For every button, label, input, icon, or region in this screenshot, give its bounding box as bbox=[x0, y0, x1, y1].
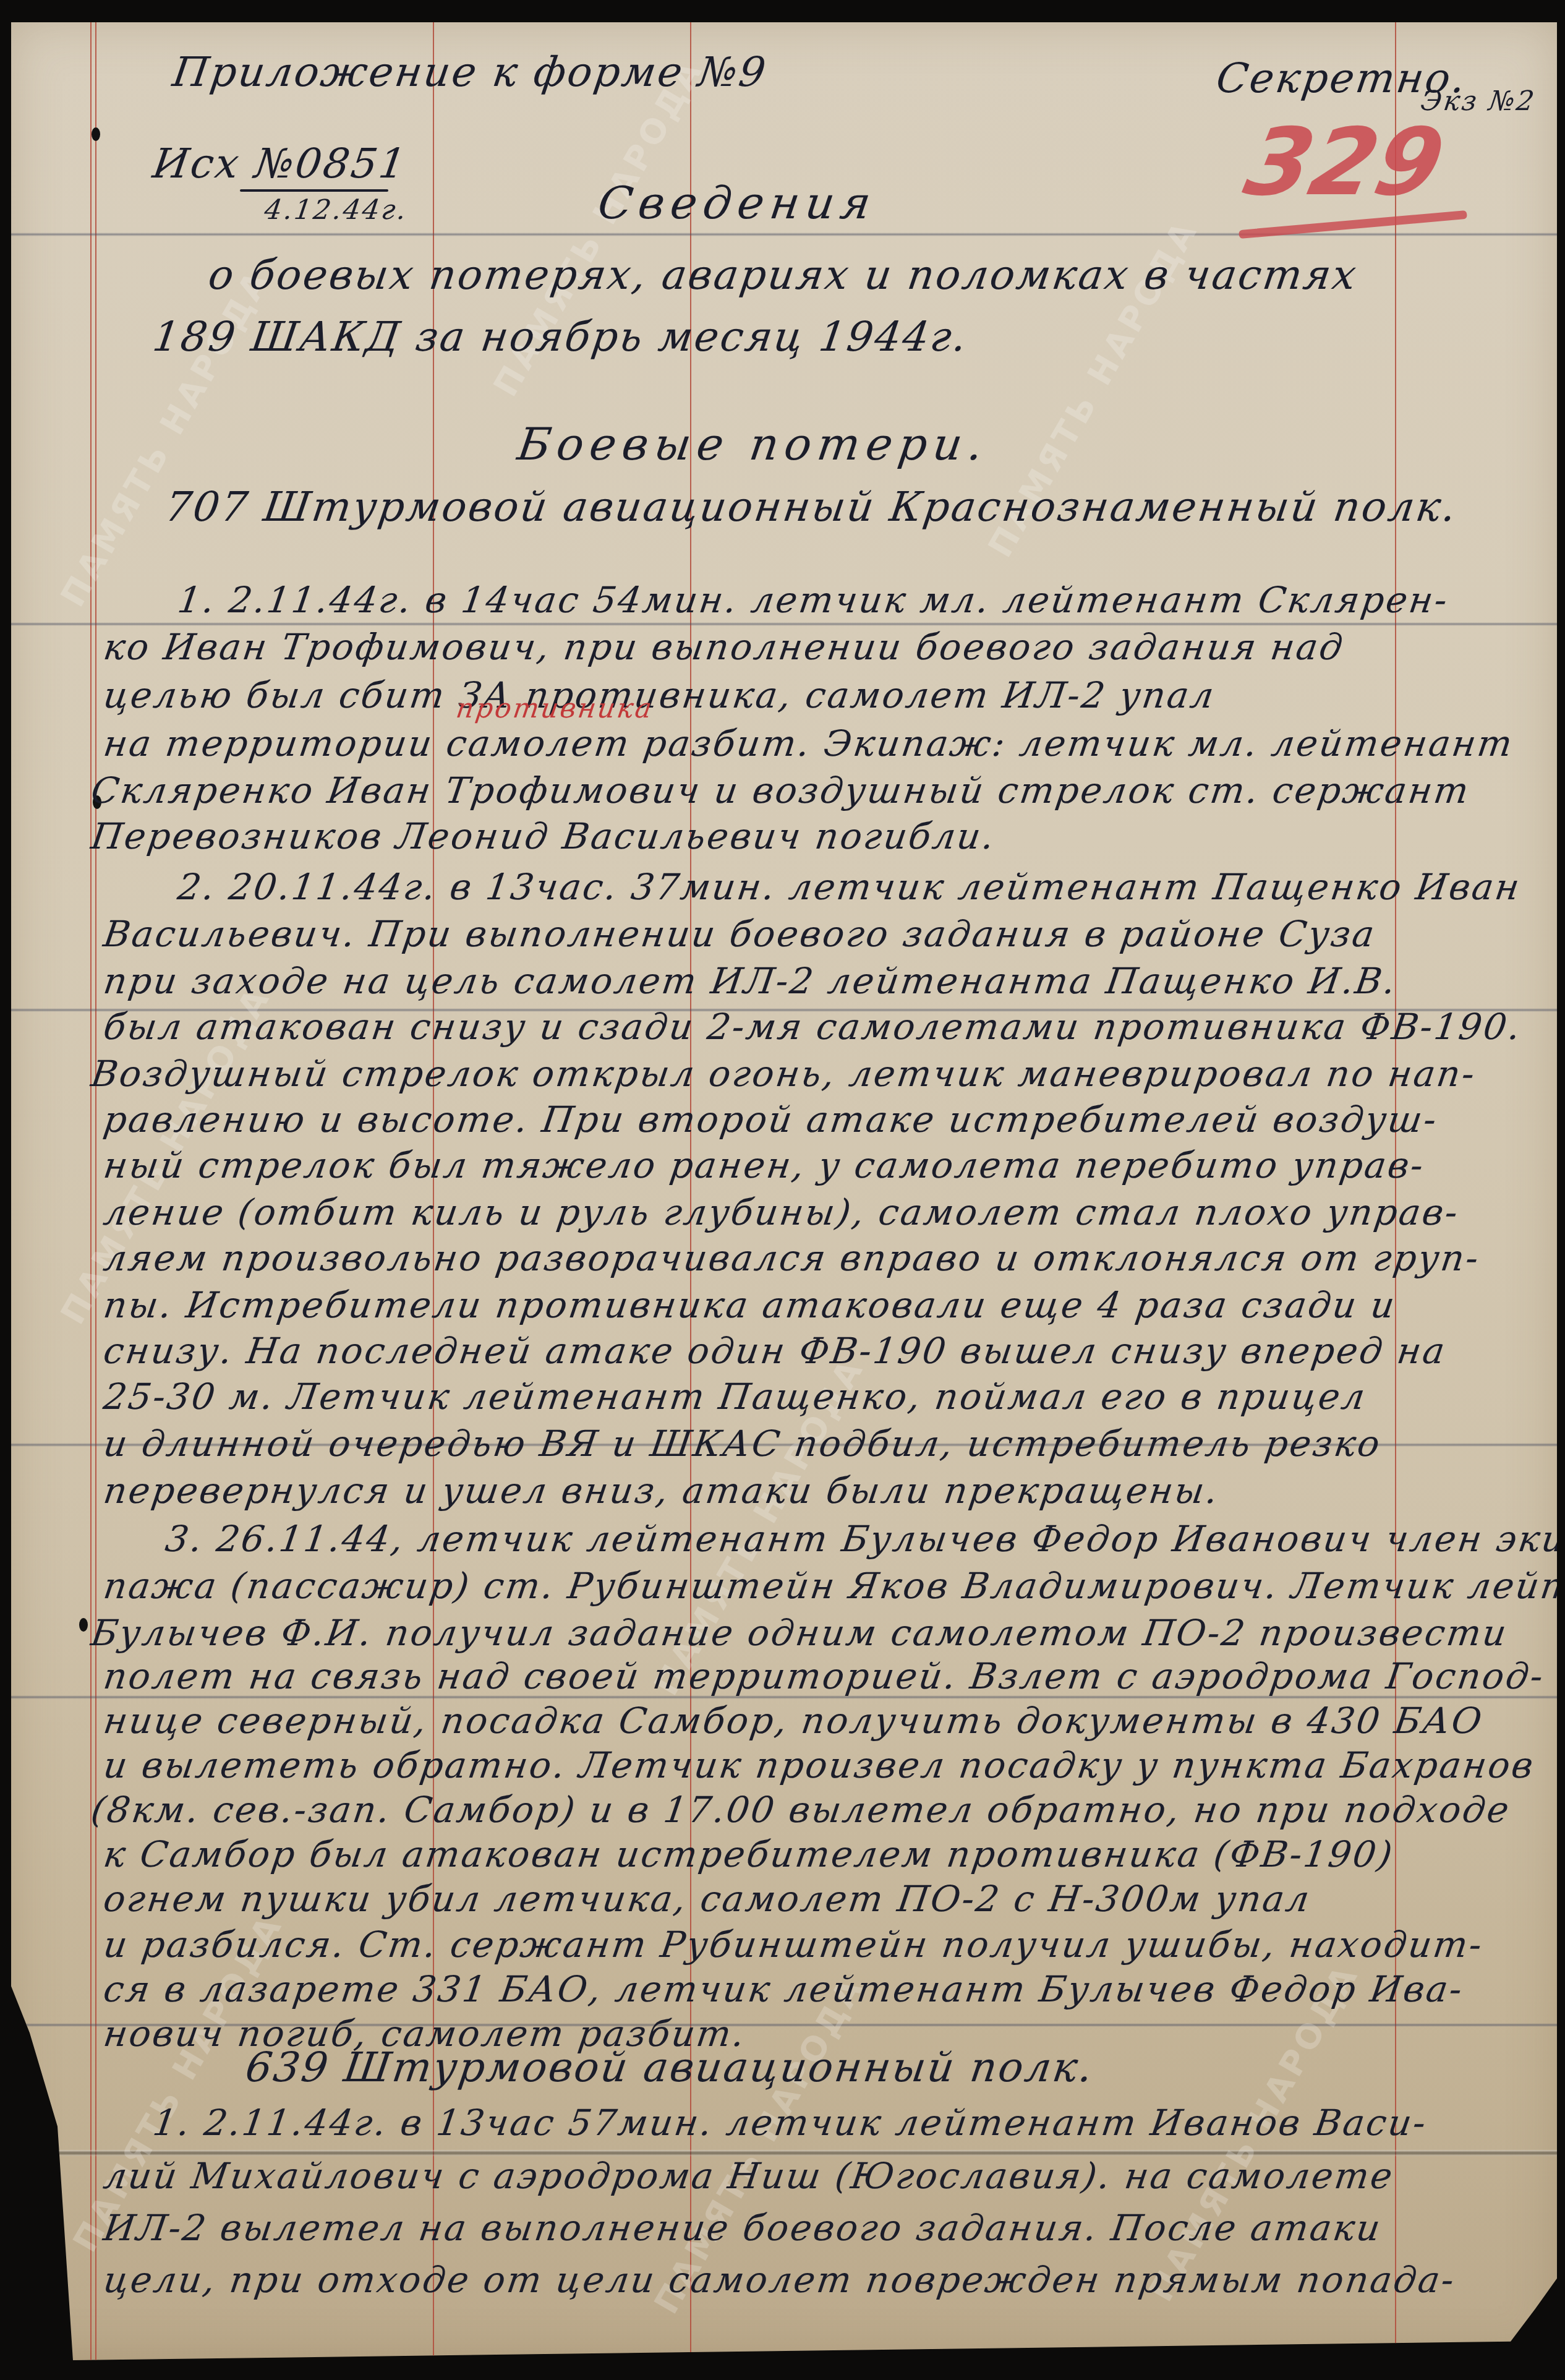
entry-line: Васильевич. При выполнении боевого задан… bbox=[101, 913, 1378, 955]
entry-line: равлению и высоте. При второй атаке истр… bbox=[101, 1098, 1441, 1141]
red-pencil-insertion: противника bbox=[454, 693, 655, 724]
entry-line: 25-30 м. Летчик лейтенант Пащенко, пойма… bbox=[101, 1376, 1369, 1418]
document-title: Сведения bbox=[595, 177, 880, 229]
entry-line: 2. 20.11.44г. в 13час. 37мин. летчик лей… bbox=[175, 866, 1524, 908]
entry-line: ный стрелок был тяжело ранен, у самолета… bbox=[101, 1144, 1428, 1186]
entry-line: Перевозников Леонид Васильевич погибли. bbox=[88, 815, 998, 857]
regiment-heading: 639 Штурмовой авиационный полк. bbox=[243, 2044, 1098, 2091]
regiment-heading: 707 Штурмовой авиационный Краснознаменны… bbox=[163, 483, 1461, 531]
entry-line: при заходе на цель самолет ИЛ-2 лейтенан… bbox=[101, 960, 1400, 1002]
entry-line: ко Иван Трофимович, при выполнении боево… bbox=[101, 626, 1347, 668]
entry-line: огнем пушки убил летчика, самолет ПО-2 с… bbox=[101, 1878, 1313, 1920]
entry-line: ся в лазарете 331 БАО, летчик лейтенант … bbox=[101, 1968, 1466, 2010]
punch-hole bbox=[92, 127, 100, 141]
entry-line: снизу. На последней атаке один ФВ-190 вы… bbox=[101, 1330, 1449, 1372]
entry-line: ляем произвольно разворачивался вправо и… bbox=[101, 1237, 1483, 1279]
entry-line: 1. 2.11.44г. в 13час 57мин. летчик лейте… bbox=[150, 2102, 1430, 2144]
entry-line: Скляренко Иван Трофимович и воздушный ст… bbox=[88, 769, 1473, 811]
entry-line: пажа (пассажир) ст. Рубинштейн Яков Влад… bbox=[101, 1565, 1565, 1607]
title-line-2: 189 ШАКД за ноябрь месяц 1944г. bbox=[150, 313, 971, 361]
entry-line: (8км. сев.-зап. Самбор) и в 17.00 вылете… bbox=[88, 1789, 1513, 1831]
entry-line: Булычев Ф.И. получил задание одним самол… bbox=[88, 1612, 1511, 1654]
title-line-1: о боевых потерях, авариях и поломках в ч… bbox=[206, 251, 1361, 299]
entry-line: пы. Истребители противника атаковали еще… bbox=[101, 1284, 1399, 1326]
entry-line: 3. 26.11.44, летчик лейтенант Булычев Фе… bbox=[163, 1518, 1565, 1560]
entry-line: ИЛ-2 вылетел на выполнение боевого задан… bbox=[101, 2207, 1384, 2249]
entry-line: Воздушный стрелок открыл огонь, летчик м… bbox=[88, 1053, 1479, 1095]
entry-line: и длинной очередью ВЯ и ШКАС подбил, ист… bbox=[101, 1423, 1384, 1465]
margin-rule-left bbox=[90, 22, 96, 2360]
reference-underline bbox=[240, 189, 388, 192]
entry-line: лий Михайлович с аэродрома Ниш (Югослави… bbox=[101, 2155, 1397, 2197]
outgoing-date: 4.12.44г. bbox=[262, 194, 409, 226]
entry-line: и вылететь обратно. Летчик произвел поса… bbox=[101, 1744, 1537, 1786]
entry-line: полет на связь над своей территорией. Вз… bbox=[101, 1655, 1547, 1697]
archive-page-number: 329 bbox=[1237, 109, 1453, 216]
entry-line: и разбился. Ст. сержант Рубинштейн получ… bbox=[101, 1924, 1486, 1966]
entry-line: целью был сбит ЗА противника, самолет ИЛ… bbox=[101, 674, 1218, 716]
entry-line: нице северный, посадка Самбор, получить … bbox=[101, 1700, 1486, 1742]
entry-line: цели, при отходе от цели самолет поврежд… bbox=[101, 2259, 1458, 2301]
appendix-label: Приложение к форме №9 bbox=[170, 48, 770, 96]
entry-line: перевернулся и ушел вниз, атаки были пре… bbox=[101, 1470, 1222, 1512]
entry-line: 1. 2.11.44г. в 14час 54мин. летчик мл. л… bbox=[175, 579, 1451, 621]
entry-line: на территории самолет разбит. Экипаж: ле… bbox=[101, 722, 1516, 764]
entry-line: к Самбор был атакован истребителем проти… bbox=[101, 1833, 1396, 1875]
outgoing-reference: Исх №0851 bbox=[150, 140, 411, 187]
entry-line: был атакован снизу и сзади 2-мя самолета… bbox=[101, 1006, 1524, 1048]
punch-hole bbox=[79, 1618, 88, 1632]
fold-line bbox=[11, 233, 1557, 236]
document-page: ПАМЯТЬ НАРОДА ПАМЯТЬ НАРОДА ПАМЯТЬ НАРОД… bbox=[11, 22, 1557, 2360]
entry-line: ление (отбит киль и руль глубины), самол… bbox=[101, 1191, 1462, 1233]
section-heading: Боевые потери. bbox=[514, 418, 992, 470]
